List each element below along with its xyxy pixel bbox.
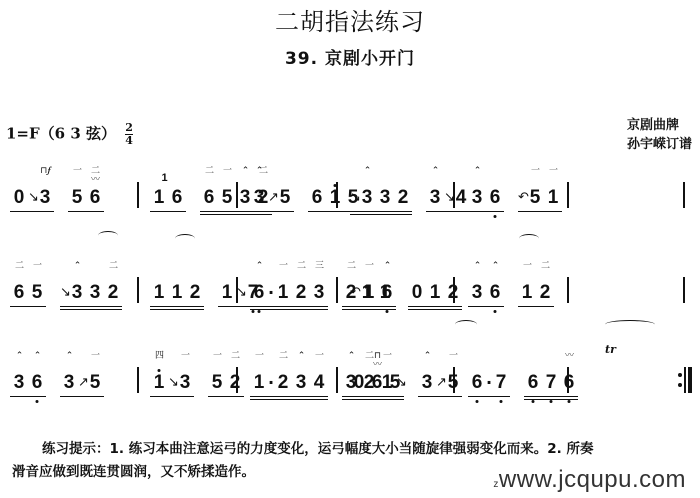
measure: 3⌃6⌃3⌃↗5一 <box>10 345 120 405</box>
beam-line <box>518 211 562 213</box>
note: 6 <box>308 188 326 208</box>
fingering-mark: 一 <box>274 261 292 270</box>
note: 5一 <box>218 188 236 208</box>
fingering-mark: ⊓ 𝆑 <box>36 166 54 175</box>
key-signature: 1=F（6 3 弦） 2 4 <box>6 122 133 147</box>
octave-dot-below <box>568 400 571 403</box>
note: 1 <box>150 283 168 303</box>
measure: 1四↘3一5一2二 <box>150 345 260 405</box>
fingering-mark: 一 <box>176 351 194 360</box>
note: 6二 〰 <box>86 188 104 208</box>
practice-tips-line1: 练习提示：1. 练习本曲注意运弓的力度变化，运弓幅度大小当随旋律强弱变化而来。2… <box>42 438 692 460</box>
fingering-mark: 一 <box>250 351 268 360</box>
barline <box>683 182 685 208</box>
slide-mark-icon: ↘ <box>236 283 244 303</box>
fingering-mark: 一 <box>444 351 462 360</box>
credit: 京剧曲牌 孙宇嵘订谱 <box>627 116 692 154</box>
fingering-mark: ⌃ <box>60 351 78 360</box>
measure: 6·7676〰 <box>468 345 578 405</box>
slur-arc <box>455 320 477 329</box>
note: 7 <box>492 373 510 393</box>
beat-group: 6·7 <box>468 373 510 393</box>
note: 6⌃ <box>250 283 268 303</box>
beat-group: 5一6二 〰 <box>68 188 104 208</box>
note: 5一 <box>526 188 544 208</box>
time-signature-top: 2 <box>125 122 133 134</box>
barline <box>137 182 139 208</box>
note: 3⌃ <box>68 283 86 303</box>
note: 3⊓ 𝆑 <box>36 188 54 208</box>
beam-line <box>468 306 504 308</box>
note: 1四 <box>150 373 168 393</box>
fingering-mark: 二 <box>104 261 122 270</box>
slide-mark-icon: ↶ <box>350 283 358 303</box>
note: 2二 <box>292 283 310 303</box>
beat-group: ↶5一1一 <box>518 188 562 208</box>
beam-line <box>60 396 104 398</box>
beam-line <box>250 396 328 398</box>
fingering-mark: ⌃ <box>10 351 28 360</box>
measure: 6⌃·1一2二3三2二1一6⌃ <box>250 255 360 315</box>
note: 3⌃ <box>60 373 78 393</box>
fingering-mark: ⌃ <box>468 261 486 270</box>
note: 5 <box>386 373 404 393</box>
note: 3⌃ <box>250 188 268 208</box>
fingering-mark: 二 <box>292 261 310 270</box>
beat-group: 3⌃6⌃ <box>10 373 46 393</box>
fingering-mark: ⌃ <box>68 261 86 270</box>
beat-group: 676〰 <box>524 373 578 393</box>
note: 3⌃ <box>468 283 486 303</box>
fingering-mark: ⌃ <box>28 351 46 360</box>
fingering-mark: 一 <box>68 166 86 175</box>
barline <box>137 367 139 393</box>
beat-group: 3⌃↗5一 <box>418 373 462 393</box>
beat-group: 1一·2二3⌃4一 <box>250 373 328 393</box>
barline <box>683 277 685 303</box>
beam-line <box>60 306 122 308</box>
beat-group: 116 <box>150 188 186 208</box>
note: 2 <box>186 283 204 303</box>
measure: ↘3⌃323⌃↘4 <box>350 160 460 220</box>
note: 3三 <box>310 283 328 303</box>
note: 1一 <box>544 188 562 208</box>
fingering-mark: 二 〰 <box>86 166 104 184</box>
beam-line <box>10 211 54 213</box>
piece-title: 39. 京剧小开门 <box>0 44 700 69</box>
fingering-mark: ⌃ <box>418 351 436 360</box>
note: 0 <box>408 283 426 303</box>
slur-arc <box>175 234 195 243</box>
note: 3 <box>376 188 394 208</box>
slide-mark-icon: ↗ <box>436 373 444 393</box>
watermark-url: www.jcqupu.com <box>499 466 686 493</box>
measure: ↶11012 <box>350 255 460 315</box>
fingering-mark: 一 <box>208 351 226 360</box>
fingering-mark: ⌃ <box>468 166 486 175</box>
score-row: 0↘3⊓ 𝆑5一6二 〰1166二5一3⌃2二3⌃↗5615↘3⌃323⌃↘43… <box>0 160 700 220</box>
note: 5一 <box>86 373 104 393</box>
measure: 3⌃6↶5一1一 <box>468 160 578 220</box>
note: 1一 <box>250 373 268 393</box>
measure: 1166二5一3⌃2二 <box>150 160 260 220</box>
fingering-mark: ⌃ <box>292 351 310 360</box>
beat-group: ↶11 <box>350 283 394 303</box>
fingering-mark: 一 <box>86 351 104 360</box>
beam-line <box>350 306 394 308</box>
fingering-mark: 三 <box>310 261 328 270</box>
note: 6 <box>486 188 504 208</box>
note: 0 <box>10 188 28 208</box>
fingering-mark: 一 <box>310 351 328 360</box>
note: 1 <box>358 283 376 303</box>
note: 6⊓ 〰 <box>368 373 386 393</box>
fingering-mark: 二 <box>536 261 554 270</box>
note: 5一 <box>208 373 226 393</box>
slur-arc <box>605 320 655 329</box>
note: 11 <box>150 188 168 208</box>
octave-dot-above <box>158 369 161 372</box>
beam-line <box>350 214 412 216</box>
slide-mark-icon: ↘ <box>444 188 452 208</box>
fingering-mark: 二 <box>200 166 218 175</box>
note: 6 <box>168 188 186 208</box>
note: 1 <box>326 188 344 208</box>
beat-group: 0↘3⊓ 𝆑 <box>10 188 54 208</box>
beam-line <box>150 211 186 213</box>
note: 3⌃ <box>418 373 436 393</box>
octave-dot-below <box>550 400 553 403</box>
measure: 3⌃6⌃1一2二 <box>468 255 578 315</box>
beat-group: 1四↘3一 <box>150 373 194 393</box>
beam-line <box>350 211 412 213</box>
beat-group: 3⌃↘4 <box>426 188 470 208</box>
fingering-mark: 一 <box>518 261 536 270</box>
fingering-mark: ⌃ <box>250 261 268 270</box>
beat-group: 6二5一 <box>10 283 46 303</box>
note: 3一 <box>176 373 194 393</box>
trill-mark: tr <box>605 343 616 356</box>
note: 7 <box>542 373 560 393</box>
slide-mark-icon: ↗ <box>78 373 86 393</box>
measure: 1一·2二3⌃4一3⌃2二1一↘ <box>250 345 360 405</box>
note: 3⌃ <box>10 373 28 393</box>
beam-line <box>10 396 46 398</box>
note: 1 <box>168 283 186 303</box>
note: 5一 <box>68 188 86 208</box>
note: 3⌃ <box>358 188 376 208</box>
slide-mark-icon: ↗ <box>268 188 276 208</box>
beam-line <box>468 211 504 213</box>
score-row: 6二5一↘3⌃32二1121↘76⌃·1一2二3三2二1一6⌃↶110123⌃6… <box>0 255 700 315</box>
octave-dot-below <box>532 400 535 403</box>
slide-mark-icon: ↶ <box>518 188 526 208</box>
beat-group: 3⌃↗5 <box>250 188 294 208</box>
practice-tips-line2: 滑音应做到既连贯圆润，又不矫揉造作。 <box>12 461 255 483</box>
measure: 1121↘7 <box>150 255 260 315</box>
note: 1 <box>376 283 394 303</box>
octave-dot-below <box>500 400 503 403</box>
beat-group: 5一2二 <box>208 373 244 393</box>
beat-group: 012 <box>408 283 462 303</box>
fingering-mark: 一 <box>218 166 236 175</box>
note: 6二 <box>10 283 28 303</box>
beat-group: 3⌃6⌃ <box>468 283 504 303</box>
key-label: 1=F（6 3 弦） <box>6 125 116 143</box>
beam-line <box>150 396 194 398</box>
fingering-mark: ⌃ <box>486 261 504 270</box>
watermark: zwww.jcqupu.com <box>493 466 686 494</box>
note: 2二 <box>104 283 122 303</box>
beat-group: ↘3⌃32 <box>350 188 412 208</box>
fingering-mark: 一 <box>544 166 562 175</box>
beam-line <box>408 306 462 308</box>
beam-line <box>208 396 244 398</box>
slur-arc <box>519 234 539 243</box>
time-signature-bottom: 4 <box>125 134 133 147</box>
note: 6 <box>524 373 542 393</box>
octave-dot-above <box>334 184 337 187</box>
note: 3⌃ <box>292 373 310 393</box>
beam-line <box>350 399 404 401</box>
score-row: 3⌃6⌃3⌃↗5一1四↘3一5一2二1一·2二3⌃4一3⌃2二1一↘06⊓ 〰5… <box>0 345 700 405</box>
page-title: 二胡指法练习 <box>0 2 700 37</box>
note: 1 <box>218 283 236 303</box>
slide-mark-icon: ↘ <box>350 188 358 208</box>
beat-group: 06⊓ 〰5 <box>350 373 404 393</box>
octave-dot-below <box>494 310 497 313</box>
octave-dot-below <box>494 215 497 218</box>
beat-group: 1一2二 <box>518 283 554 303</box>
credit-genre: 京剧曲牌 <box>627 116 692 135</box>
octave-dot-below <box>258 310 261 313</box>
beam-line <box>418 396 462 398</box>
fingering-mark: ⌃ <box>426 166 444 175</box>
beam-line <box>150 306 204 308</box>
note: 3⌃ <box>468 188 486 208</box>
beat-group: ↘3⌃32二 <box>60 283 122 303</box>
grace-note: 1 <box>160 174 168 183</box>
note: 6 <box>468 373 486 393</box>
note: 6〰 <box>560 373 578 393</box>
beam-line <box>468 396 510 398</box>
fingering-mark: ⊓ 〰 <box>368 351 386 369</box>
fingering-mark: ⌃ <box>358 166 376 175</box>
octave-dot-below <box>36 400 39 403</box>
note: 1 <box>426 283 444 303</box>
note: 5 <box>276 188 294 208</box>
note: 2二 <box>274 373 292 393</box>
note: 2 <box>444 283 462 303</box>
fingering-mark: 二 <box>274 351 292 360</box>
note: 3 <box>86 283 104 303</box>
note: 5一 <box>28 283 46 303</box>
slide-mark-icon: ↘ <box>28 188 36 208</box>
beam-line <box>350 396 404 398</box>
time-signature: 2 4 <box>125 122 133 147</box>
fingering-mark: 二 <box>226 351 244 360</box>
note: 3⌃ <box>426 188 444 208</box>
beat-group: 3⌃↗5一 <box>60 373 104 393</box>
beam-line <box>524 399 578 401</box>
beat-group: 6⌃·1一2二3三 <box>250 283 328 303</box>
measure: 6二5一↘3⌃32二 <box>10 255 120 315</box>
note: 6二 <box>200 188 218 208</box>
fingering-mark: ⌃ <box>250 166 268 175</box>
note: 4一 <box>310 373 328 393</box>
note: 5一 <box>444 373 462 393</box>
fingering-mark: 一 <box>28 261 46 270</box>
fingering-mark: 二 <box>10 261 28 270</box>
measure: 3⌃↗5615 <box>250 160 360 220</box>
slur-arc <box>98 231 118 240</box>
beam-line <box>60 309 122 311</box>
slide-mark-icon: ↘ <box>168 373 176 393</box>
beam-line <box>10 306 46 308</box>
fingering-mark: 一 <box>526 166 544 175</box>
note: 1一 <box>274 283 292 303</box>
beat-group: 3⌃6 <box>468 188 504 208</box>
beam-line <box>250 211 294 213</box>
fingering-mark: 〰 <box>560 351 578 360</box>
note: 0 <box>350 373 368 393</box>
beam-line <box>408 309 462 311</box>
note: 1一 <box>518 283 536 303</box>
beam-line <box>68 211 104 213</box>
note: 6⌃ <box>28 373 46 393</box>
barline <box>137 277 139 303</box>
beam-line <box>518 306 554 308</box>
beat-group: 112 <box>150 283 204 303</box>
note: 6⌃ <box>486 283 504 303</box>
beam-line <box>150 309 204 311</box>
credit-arranger: 孙宇嵘订谱 <box>627 135 692 154</box>
measure: 0↘3⊓ 𝆑5一6二 〰 <box>10 160 120 220</box>
beam-line <box>524 396 578 398</box>
measure: 06⊓ 〰53⌃↗5一 <box>350 345 460 405</box>
beam-line <box>250 306 328 308</box>
fingering-mark: 四 <box>150 351 168 360</box>
beam-line <box>426 211 470 213</box>
octave-dot-below <box>476 400 479 403</box>
note: 2二 <box>226 373 244 393</box>
slide-mark-icon: ↘ <box>60 283 68 303</box>
note: 2 <box>394 188 412 208</box>
beam-line <box>250 399 328 401</box>
note: 2二 <box>536 283 554 303</box>
beam-line <box>250 309 328 311</box>
